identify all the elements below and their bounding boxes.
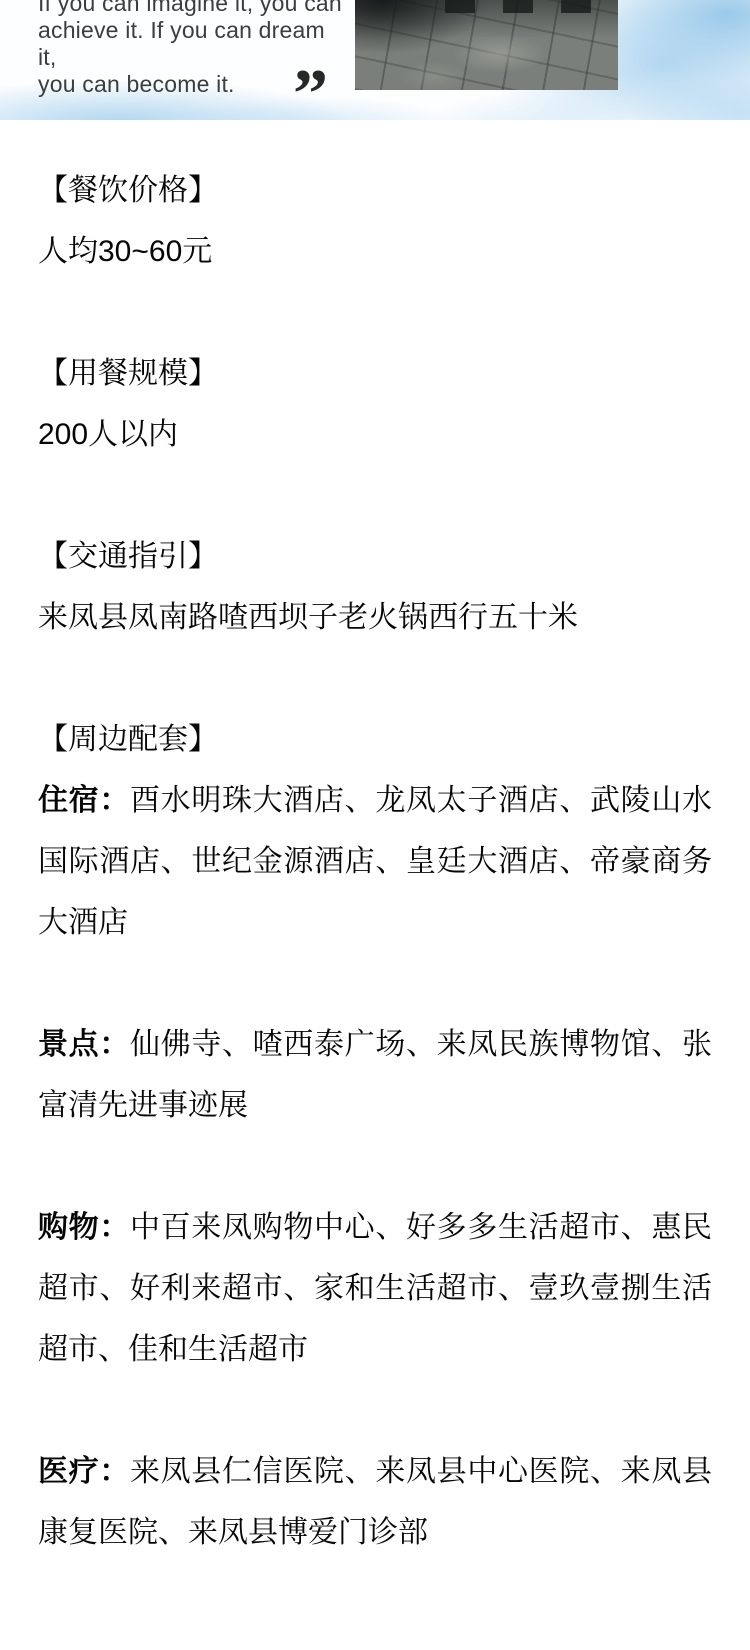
traffic-guide-value: 来凤县凤南路喳西坝子老火锅西行五十米 [38, 587, 712, 648]
attractions-label: 景点： [38, 1028, 130, 1061]
article-page: If you can imagine it, you can achieve i… [0, 0, 750, 1650]
surroundings-attractions: 景点：仙佛寺、喳西泰广场、来凤民族博物馆、张富清先进事迹展 [38, 1014, 712, 1136]
shopping-label: 购物： [38, 1211, 130, 1244]
article-content: 【餐饮价格】 人均30~60元 【用餐规模】 200人以内 【交通指引】 来凤县… [0, 120, 750, 1563]
hotels-label: 住宿： [38, 784, 130, 817]
quote-banner: If you can imagine it, you can achieve i… [0, 0, 750, 120]
quote-line-1: If you can imagine it, you can [38, 0, 348, 17]
attractions-list: 仙佛寺、喳西泰广场、来凤民族博物馆、张富清先进事迹展 [38, 1028, 712, 1122]
section-header-traffic-guide: 【交通指引】 [38, 526, 712, 587]
section-header-dining-scale: 【用餐规模】 [38, 343, 712, 404]
surroundings-medical: 医疗：来凤县仁信医院、来凤县中心医院、来凤县康复医院、来凤县博爱门诊部 [38, 1441, 712, 1563]
dining-scale-value: 200人以内 [38, 404, 712, 465]
dining-price-value: 人均30~60元 [38, 221, 712, 282]
surroundings-hotels: 住宿：酉水明珠大酒店、龙凤太子酒店、武陵山水国际酒店、世纪金源酒店、皇廷大酒店、… [38, 770, 712, 953]
section-header-dining-price: 【餐饮价格】 [38, 160, 712, 221]
medical-list: 来凤县仁信医院、来凤县中心医院、来凤县康复医院、来凤县博爱门诊部 [38, 1455, 712, 1549]
section-header-surroundings: 【周边配套】 [38, 709, 712, 770]
surroundings-shopping: 购物：中百来凤购物中心、好多多生活超市、惠民超市、好利来超市、家和生活超市、壹玖… [38, 1197, 712, 1380]
medical-label: 医疗： [38, 1455, 130, 1488]
close-quote-icon: ” [293, 60, 328, 130]
hotels-list: 酉水明珠大酒店、龙凤太子酒店、武陵山水国际酒店、世纪金源酒店、皇廷大酒店、帝豪商… [38, 784, 712, 939]
photo-shadow-detail [445, 0, 614, 13]
pavement-photo [355, 0, 618, 90]
shopping-list: 中百来凤购物中心、好多多生活超市、惠民超市、好利来超市、家和生活超市、壹玖壹捌生… [38, 1211, 712, 1366]
